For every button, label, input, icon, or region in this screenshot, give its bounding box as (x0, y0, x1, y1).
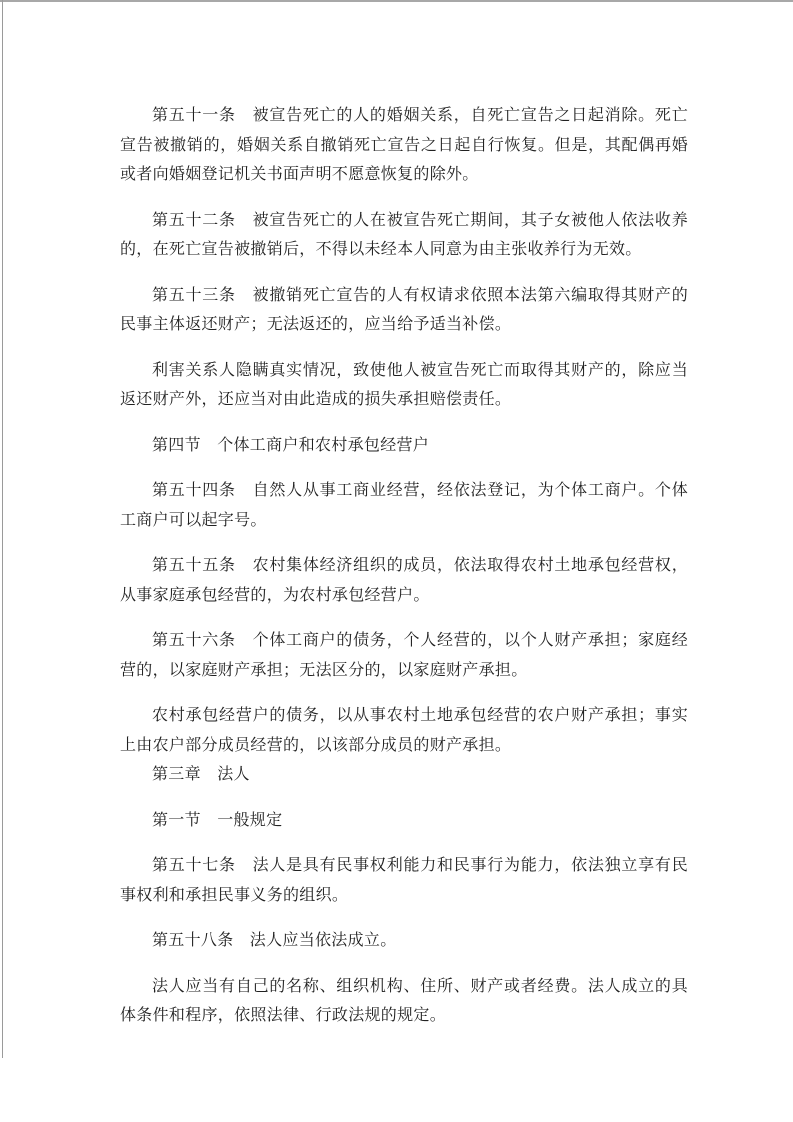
chapter-heading-3: 第三章 法人 (120, 760, 688, 790)
page-border-left (2, 0, 3, 1058)
paragraph-article-56: 第五十六条 个体工商户的债务，个人经营的，以个人财产承担；家庭经营的，以家庭财产… (120, 626, 688, 685)
section-heading-1: 第一节 一般规定 (120, 806, 688, 836)
paragraph-article-55: 第五十五条 农村集体经济组织的成员，依法取得农村土地承包经营权，从事家庭承包经营… (120, 551, 688, 610)
paragraph-article-56-cont: 农村承包经营户的债务，以从事农村土地承包经营的农户财产承担；事实上由农户部分成员… (120, 701, 688, 760)
paragraph-article-58-cont: 法人应当有自己的名称、组织机构、住所、财产或者经费。法人成立的具体条件和程序，依… (120, 972, 688, 1031)
paragraph-article-51: 第五十一条 被宣告死亡的人的婚姻关系，自死亡宣告之日起消除。死亡宣告被撤销的，婚… (120, 101, 688, 190)
paragraph-article-53-cont: 利害关系人隐瞒真实情况，致使他人被宣告死亡而取得其财产的，除应当返还财产外，还应… (120, 356, 688, 415)
paragraph-article-54: 第五十四条 自然人从事工商业经营，经依法登记，为个体工商户。个体工商户可以起字号… (120, 476, 688, 535)
document-page: 第五十一条 被宣告死亡的人的婚姻关系，自死亡宣告之日起消除。死亡宣告被撤销的，婚… (0, 0, 793, 1122)
page-border-top (0, 0, 793, 2)
paragraph-article-52: 第五十二条 被宣告死亡的人在被宣告死亡期间，其子女被他人依法收养的，在死亡宣告被… (120, 206, 688, 265)
document-body: 第五十一条 被宣告死亡的人的婚姻关系，自死亡宣告之日起消除。死亡宣告被撤销的，婚… (120, 101, 688, 1031)
paragraph-article-53: 第五十三条 被撤销死亡宣告的人有权请求依照本法第六编取得其财产的民事主体返还财产… (120, 281, 688, 340)
paragraph-article-58: 第五十八条 法人应当依法成立。 (120, 926, 688, 956)
paragraph-article-57: 第五十七条 法人是具有民事权利能力和民事行为能力，依法独立享有民事权利和承担民事… (120, 851, 688, 910)
section-heading-4: 第四节 个体工商户和农村承包经营户 (120, 431, 688, 461)
